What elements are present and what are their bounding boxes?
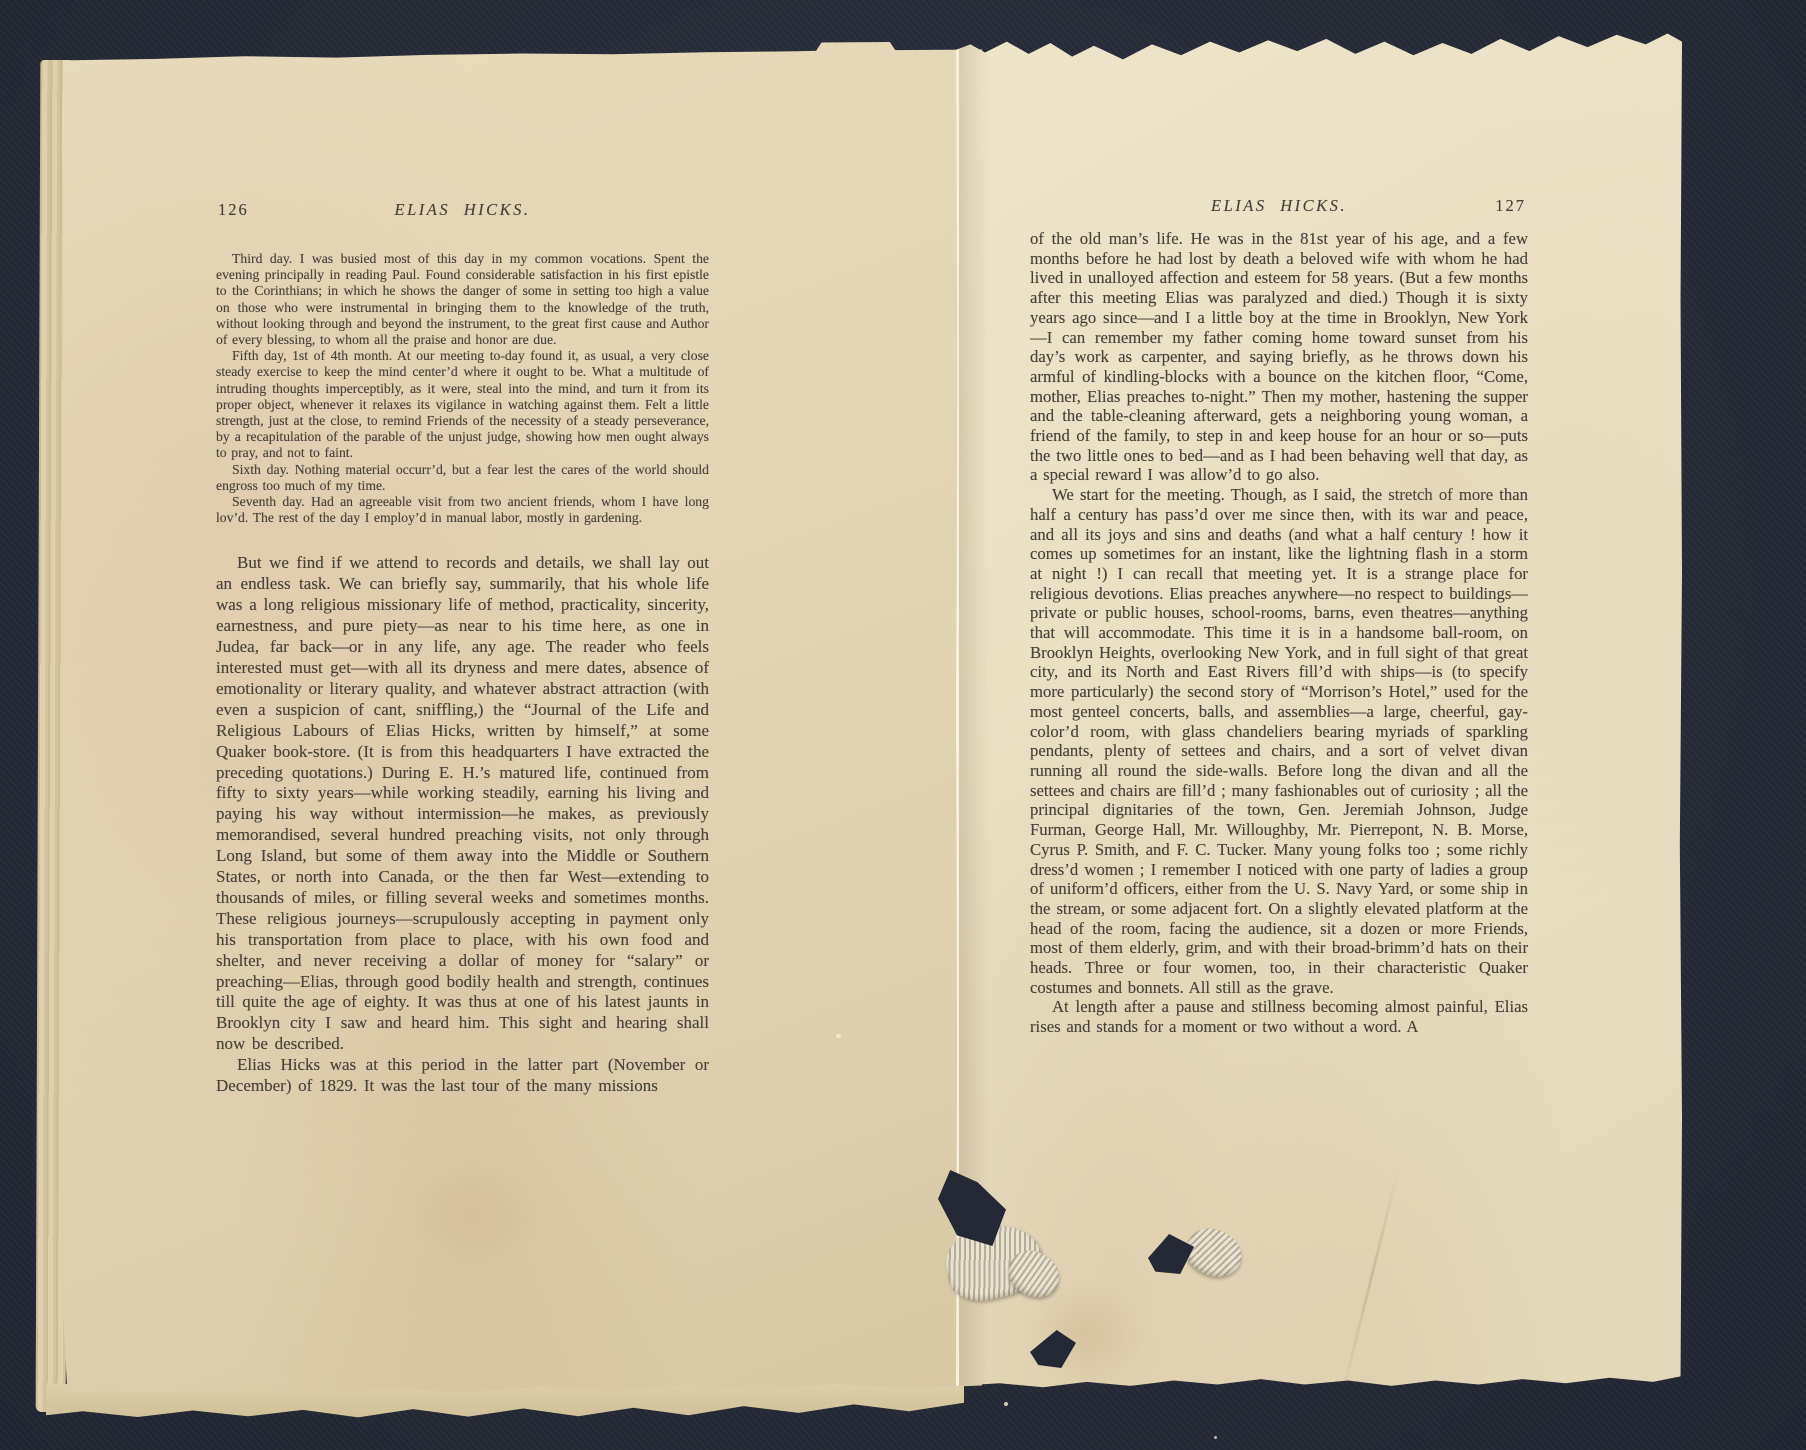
dust-speck bbox=[1004, 1402, 1008, 1406]
body-paragraph: But we find if we attend to records and … bbox=[216, 553, 709, 1055]
extract-paragraph: Fifth day, 1st of 4th month. At our meet… bbox=[216, 348, 709, 461]
right-page: ELIAS HICKS. 127 of the old man’s life. … bbox=[956, 28, 1682, 1390]
body-paragraph: Elias Hicks was at this period in the la… bbox=[216, 1055, 709, 1097]
body-paragraph: At length after a pause and stillness be… bbox=[1030, 997, 1528, 1036]
left-body-block: But we find if we attend to records and … bbox=[216, 553, 709, 1097]
left-running-title: ELIAS HICKS. bbox=[216, 200, 709, 220]
dust-speck bbox=[836, 1034, 841, 1038]
dust-speck bbox=[1214, 1436, 1217, 1439]
left-page-content: 126 ELIAS HICKS. Third day. I was busied… bbox=[216, 200, 709, 1097]
extract-paragraph: Seventh day. Had an agreeable visit from… bbox=[216, 494, 709, 526]
extract-paragraph: Sixth day. Nothing material occurr’d, bu… bbox=[216, 462, 709, 494]
book-scan-scene: 126 ELIAS HICKS. Third day. I was busied… bbox=[0, 0, 1806, 1450]
right-page-number: 127 bbox=[1495, 196, 1526, 216]
paper-stain bbox=[400, 1160, 550, 1270]
body-paragraph: of the old man’s life. He was in the 81s… bbox=[1030, 229, 1528, 485]
right-running-title: ELIAS HICKS. bbox=[1030, 196, 1528, 216]
extract-paragraph: Third day. I was busied most of this day… bbox=[216, 251, 709, 348]
left-page: 126 ELIAS HICKS. Third day. I was busied… bbox=[60, 40, 982, 1395]
body-paragraph: We start for the meeting. Though, as I s… bbox=[1030, 485, 1528, 997]
left-running-header: 126 ELIAS HICKS. bbox=[216, 200, 709, 224]
right-running-header: ELIAS HICKS. 127 bbox=[1030, 196, 1528, 220]
journal-extract-block: Third day. I was busied most of this day… bbox=[216, 251, 709, 526]
right-page-content: ELIAS HICKS. 127 of the old man’s life. … bbox=[1030, 196, 1528, 1037]
right-body-block: of the old man’s life. He was in the 81s… bbox=[1030, 229, 1528, 1037]
left-page-number: 126 bbox=[218, 200, 249, 220]
